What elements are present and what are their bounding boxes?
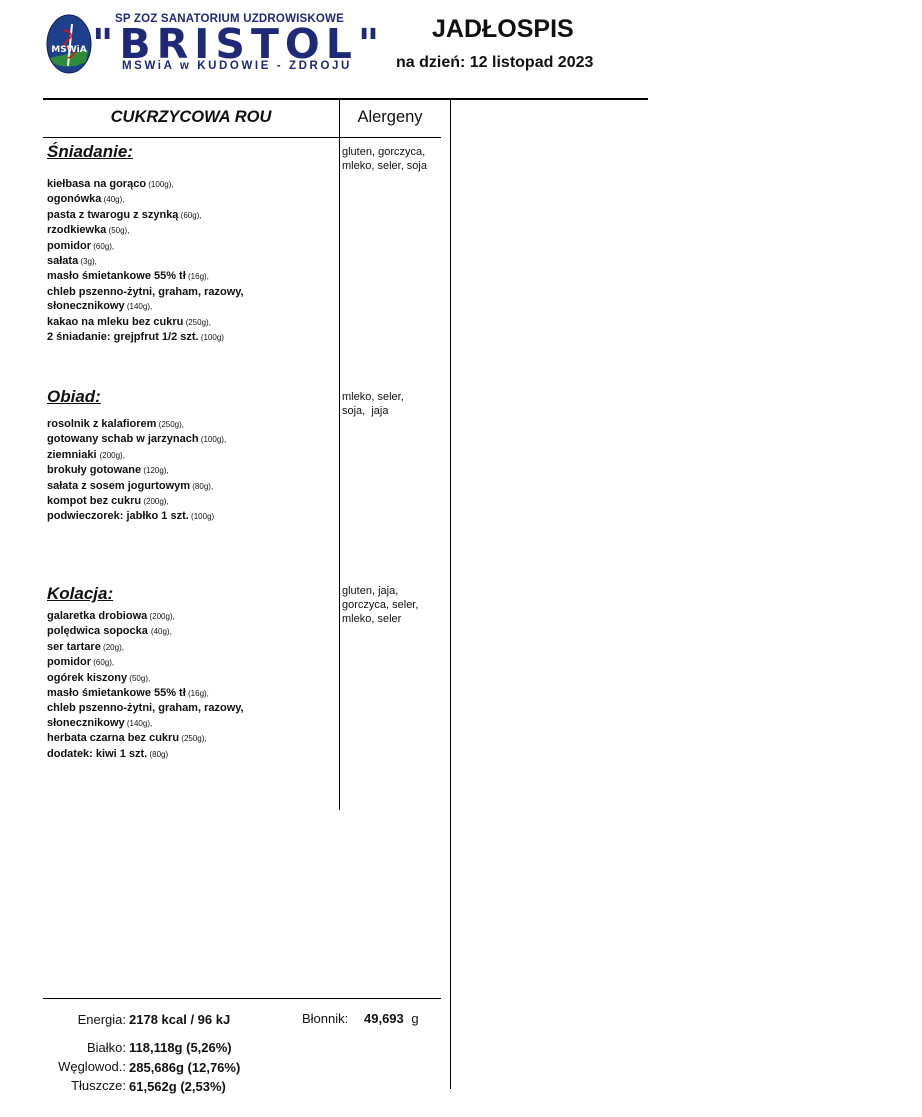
- meal-item-quantity: (3g),: [78, 257, 97, 266]
- meal-item-name: sałata z sosem jogurtowym: [47, 480, 190, 492]
- allergen-line: gluten, gorczyca,: [342, 145, 442, 159]
- svg-text:MSWiA: MSWiA: [51, 45, 86, 55]
- meal-item: podwieczorek: jabłko 1 szt. (100g): [47, 509, 226, 524]
- meal-item-name: ser tartare: [47, 641, 101, 653]
- meal-item-name: słonecznikowy: [47, 300, 125, 312]
- meal-item-quantity: (200g),: [147, 612, 175, 621]
- meal-item-quantity: (250g),: [156, 420, 184, 429]
- allergen-line: soja, jaja: [342, 404, 442, 418]
- meal-item-quantity: (60g),: [91, 658, 114, 667]
- meal-title-lunch: Obiad:: [47, 387, 101, 407]
- meal-item-quantity: (40g),: [101, 195, 124, 204]
- fiber-label: Błonnik:: [302, 1011, 348, 1026]
- meal-item-name: 2 śniadanie: grejpfrut 1/2 szt.: [47, 331, 199, 343]
- meal-item: masło śmietankowe 55% tł (16g),: [47, 686, 244, 701]
- header-rule: [43, 137, 441, 138]
- meal-item-quantity: (50g),: [106, 226, 129, 235]
- carbs-label: Węglowod.:: [58, 1059, 126, 1074]
- meal-item-quantity: (140g),: [125, 719, 153, 728]
- meal-item-name: kakao na mleku bez cukru: [47, 316, 183, 328]
- allergen-line: mleko, seler, soja: [342, 159, 442, 173]
- meal-item: polędwica sopocka (40g),: [47, 624, 244, 639]
- meal-item: chleb pszenno-żytni, graham, razowy,: [47, 285, 244, 299]
- meal-item-name: pomidor: [47, 240, 91, 252]
- meal-item-quantity: (250g),: [183, 318, 211, 327]
- meal-item-quantity: (60g),: [178, 211, 201, 220]
- menu-date: na dzień: 12 listopad 2023: [396, 54, 593, 72]
- meal-item-name: pasta z twarogu z szynką: [47, 209, 178, 221]
- meal-item-name: masło śmietankowe 55% tł: [47, 687, 186, 699]
- meal-item: kakao na mleku bez cukru (250g),: [47, 315, 244, 330]
- meal-item: gotowany schab w jarzynach (100g),: [47, 432, 226, 447]
- institution-subtitle: MSWiA w KUDOWIE - ZDROJU: [122, 60, 352, 72]
- meal-item-name: masło śmietankowe 55% tł: [47, 270, 186, 282]
- meal-item-name: chleb pszenno-żytni, graham, razowy,: [47, 286, 244, 298]
- meal-items-lunch: rosolnik z kalafiorem (250g),gotowany sc…: [47, 417, 226, 525]
- meal-item-name: polędwica sopocka: [47, 625, 151, 637]
- meal-item: sałata (3g),: [47, 254, 244, 269]
- meal-item: kiełbasa na gorąco (100g),: [47, 177, 244, 192]
- meal-item-name: rzodkiewka: [47, 224, 106, 236]
- meal-item-quantity: (80g): [147, 750, 168, 759]
- allergens-dinner: gluten, jaja,gorczyca, seler,mleko, sele…: [342, 584, 442, 626]
- meal-title-dinner: Kolacja:: [47, 584, 113, 604]
- meal-item-name: słonecznikowy: [47, 717, 125, 729]
- meal-item: masło śmietankowe 55% tł (16g),: [47, 269, 244, 284]
- meal-item-quantity: (140g),: [125, 302, 153, 311]
- document-title: JADŁOSPIS: [432, 15, 574, 44]
- footer-rule: [43, 998, 441, 999]
- meal-item: rzodkiewka (50g),: [47, 223, 244, 238]
- allergens-breakfast: gluten, gorczyca,mleko, seler, soja: [342, 145, 442, 173]
- meal-item-quantity: (50g),: [127, 674, 150, 683]
- energy-label: Energia:: [78, 1012, 126, 1027]
- meal-item-quantity: (250g),: [179, 734, 207, 743]
- right-border: [450, 100, 451, 1089]
- meal-item-name: kiełbasa na gorąco: [47, 178, 146, 190]
- meal-item: rosolnik z kalafiorem (250g),: [47, 417, 226, 432]
- allergen-line: gorczyca, seler,: [342, 598, 442, 612]
- meal-item-name: kompot bez cukru: [47, 495, 141, 507]
- meal-item: ogórek kiszony (50g),: [47, 671, 244, 686]
- meal-item: pasta z twarogu z szynką (60g),: [47, 208, 244, 223]
- protein-value: 118,118g (5,26%): [129, 1040, 232, 1055]
- fiber-unit: g: [411, 1011, 418, 1026]
- meal-title-breakfast: Śniadanie:: [47, 142, 133, 162]
- meal-item-quantity: (100g),: [199, 435, 227, 444]
- meal-item-name: ogórek kiszony: [47, 672, 127, 684]
- meal-item-quantity: (80g),: [190, 482, 213, 491]
- meal-item-name: podwieczorek: jabłko 1 szt.: [47, 510, 189, 522]
- meal-item-name: pomidor: [47, 656, 91, 668]
- energy-value: 2178 kcal / 96 kJ: [129, 1012, 230, 1027]
- meal-item: pomidor (60g),: [47, 239, 244, 254]
- meal-item: ziemniaki (200g),: [47, 448, 226, 463]
- meal-item-name: dodatek: kiwi 1 szt.: [47, 748, 147, 760]
- protein-label: Białko:: [87, 1040, 126, 1055]
- allergen-line: mleko, seler,: [342, 390, 442, 404]
- meal-item: słonecznikowy (140g),: [47, 299, 244, 314]
- meal-item: sałata z sosem jogurtowym (80g),: [47, 479, 226, 494]
- meal-item-name: herbata czarna bez cukru: [47, 732, 179, 744]
- meal-item-quantity: (200g),: [100, 451, 125, 460]
- fat-value: 61,562g (2,53%): [129, 1079, 226, 1094]
- meal-item-quantity: (100g),: [146, 180, 174, 189]
- meal-item-name: chleb pszenno-żytni, graham, razowy,: [47, 702, 244, 714]
- meal-item-quantity: (20g),: [101, 643, 124, 652]
- meal-item: kompot bez cukru (200g),: [47, 494, 226, 509]
- allergens-header: Alergeny: [340, 108, 440, 127]
- meal-item-quantity: (120g),: [141, 466, 169, 475]
- meal-item-name: rosolnik z kalafiorem: [47, 418, 156, 430]
- meal-items-dinner: galaretka drobiowa (200g),polędwica sopo…: [47, 609, 244, 762]
- fat-label: Tłuszcze:: [71, 1078, 126, 1093]
- meal-item-quantity: (16g),: [186, 272, 209, 281]
- fiber-amount: 49,693: [364, 1011, 404, 1026]
- meal-item-quantity: (100g): [199, 333, 224, 342]
- allergen-line: gluten, jaja,: [342, 584, 442, 598]
- meal-item-name: ogonówka: [47, 193, 101, 205]
- meal-item-quantity: (100g): [189, 512, 214, 521]
- carbs-value: 285,686g (12,76%): [129, 1060, 240, 1075]
- meal-item-name: brokuły gotowane: [47, 464, 141, 476]
- meal-item: herbata czarna bez cukru (250g),: [47, 731, 244, 746]
- meal-item: 2 śniadanie: grejpfrut 1/2 szt. (100g): [47, 330, 244, 345]
- column-divider: [339, 100, 340, 810]
- meal-item-name: sałata: [47, 255, 78, 267]
- meal-item-name: galaretka drobiowa: [47, 610, 147, 622]
- meal-item: dodatek: kiwi 1 szt. (80g): [47, 747, 244, 762]
- diet-name: CUKRZYCOWA ROU: [43, 108, 339, 127]
- meal-item-name: ziemniaki: [47, 449, 100, 461]
- meal-item: brokuły gotowane (120g),: [47, 463, 226, 478]
- top-rule: [43, 98, 648, 100]
- meal-item: galaretka drobiowa (200g),: [47, 609, 244, 624]
- allergen-line: mleko, seler: [342, 612, 442, 626]
- meal-item: ogonówka (40g),: [47, 192, 244, 207]
- meal-item-quantity: (200g),: [141, 497, 169, 506]
- mswia-logo: MSWiA: [46, 14, 92, 74]
- meal-item-name: gotowany schab w jarzynach: [47, 433, 199, 445]
- meal-item: chleb pszenno-żytni, graham, razowy,: [47, 701, 244, 715]
- fiber-value: 49,693 g: [364, 1011, 419, 1026]
- allergens-lunch: mleko, seler,soja, jaja: [342, 390, 442, 418]
- meal-item-quantity: (60g),: [91, 242, 114, 251]
- meal-item-quantity: (40g),: [151, 627, 172, 636]
- meal-item-quantity: (16g),: [186, 689, 209, 698]
- meal-items-breakfast: kiełbasa na gorąco (100g),ogonówka (40g)…: [47, 177, 244, 345]
- meal-item: słonecznikowy (140g),: [47, 716, 244, 731]
- meal-item: ser tartare (20g),: [47, 640, 244, 655]
- meal-item: pomidor (60g),: [47, 655, 244, 670]
